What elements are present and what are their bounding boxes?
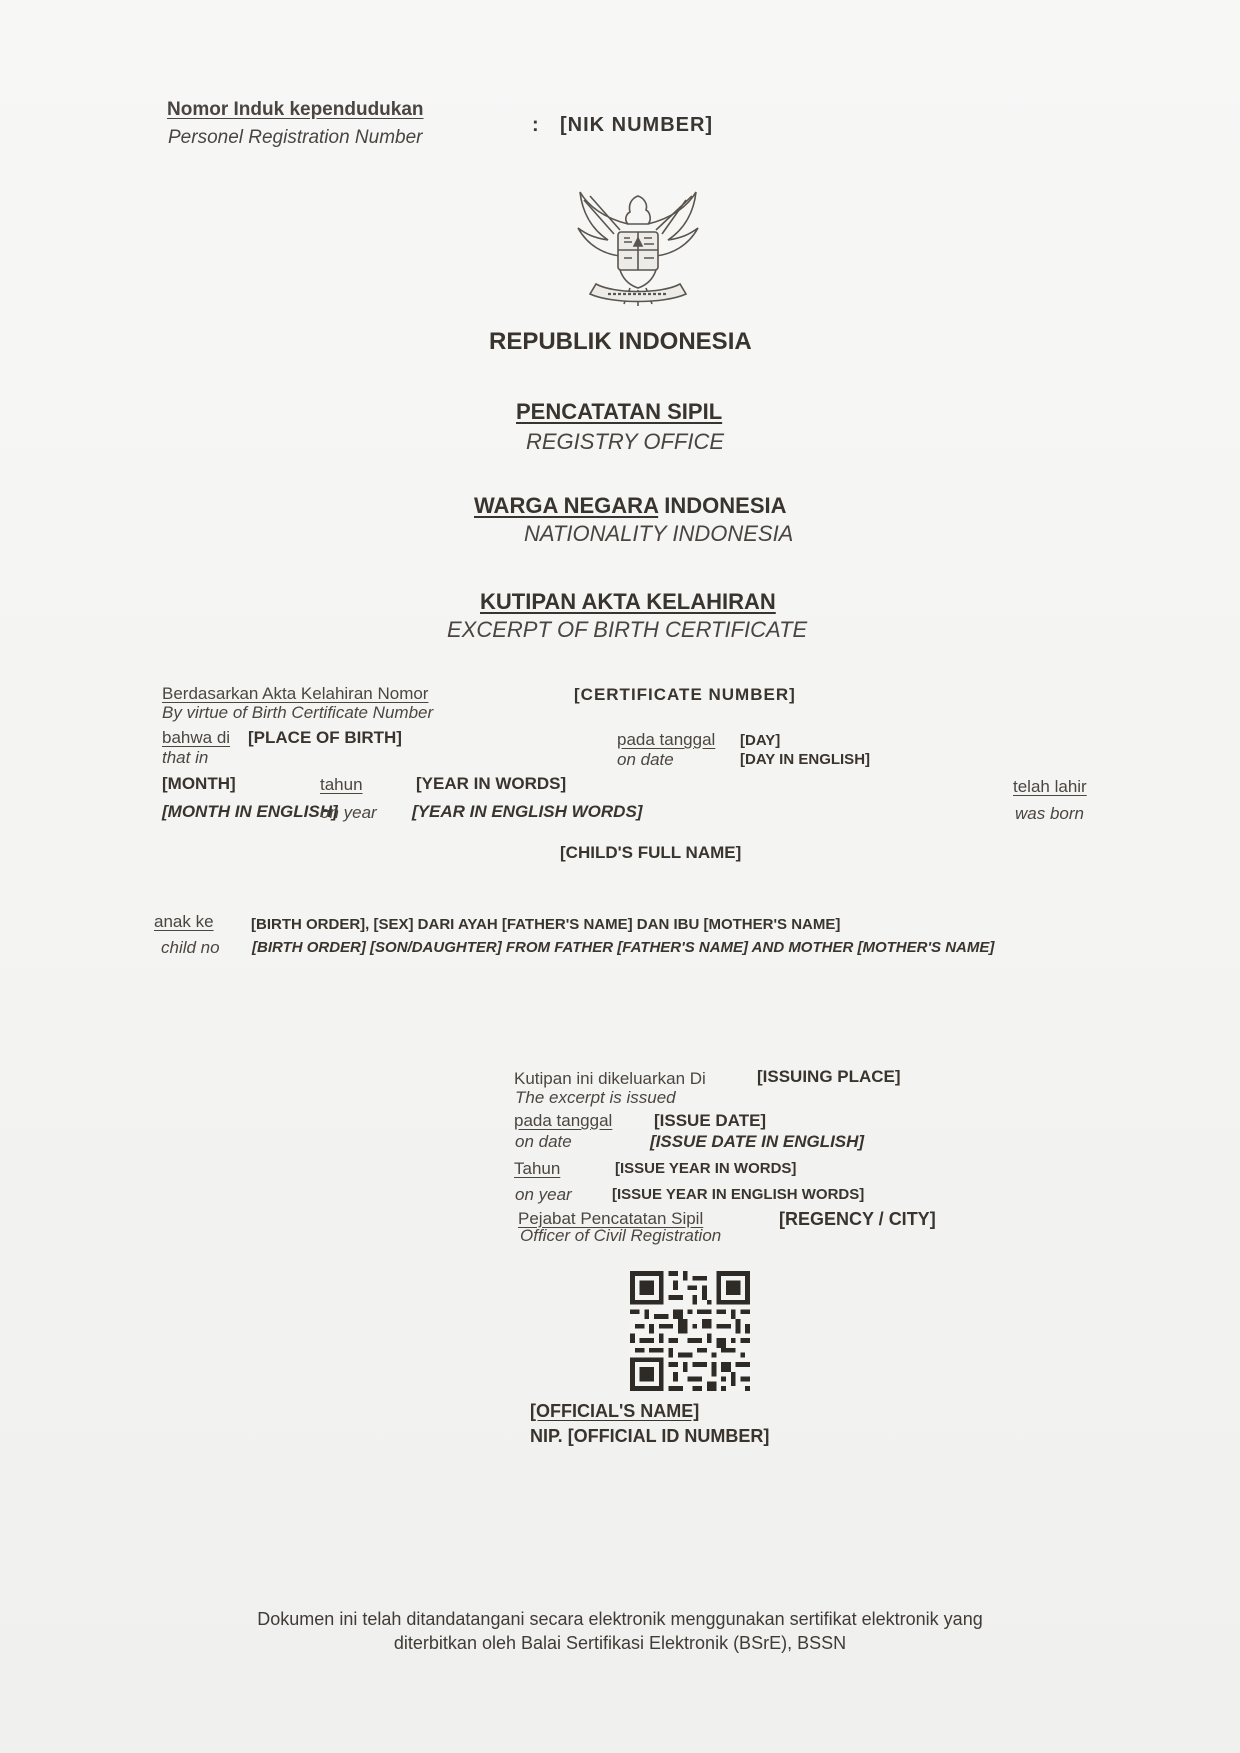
birth-year-label-en: on year bbox=[320, 803, 377, 823]
birth-month-id: [MONTH] bbox=[162, 774, 236, 794]
born-label-en: was born bbox=[1015, 804, 1084, 824]
country-title: REPUBLIK INDONESIA bbox=[489, 328, 752, 356]
birth-year-id: [YEAR IN WORDS] bbox=[416, 774, 566, 794]
garuda-crest-icon bbox=[574, 188, 702, 310]
issue-year-label-en: on year bbox=[515, 1185, 572, 1205]
birth-certificate-page: Nomor Induk kependudukan Personel Regist… bbox=[0, 0, 1240, 1753]
footer-line-2: diterbitkan oleh Balai Sertifikasi Elekt… bbox=[0, 1633, 1240, 1654]
registration-number: [NIK NUMBER] bbox=[560, 114, 713, 137]
nationality-title-en: NATIONALITY INDONESIA bbox=[524, 521, 793, 547]
birth-day-en: [DAY IN ENGLISH] bbox=[740, 751, 870, 768]
birth-place-label-en: that in bbox=[162, 748, 208, 768]
cert-number-label-id: Berdasarkan Akta Kelahiran Nomor bbox=[162, 684, 428, 704]
registration-separator: : bbox=[532, 114, 539, 137]
birth-year-en: [YEAR IN ENGLISH WORDS] bbox=[412, 802, 642, 822]
officer-region: [REGENCY / CITY] bbox=[779, 1209, 936, 1230]
document-title-en: EXCERPT OF BIRTH CERTIFICATE bbox=[447, 617, 807, 643]
issue-year-en: [ISSUE YEAR IN ENGLISH WORDS] bbox=[612, 1186, 864, 1203]
birth-day-id: [DAY] bbox=[740, 732, 780, 749]
document-title-id: KUTIPAN AKTA KELAHIRAN bbox=[480, 589, 776, 615]
nationality-value: INDONESIA bbox=[664, 493, 786, 518]
office-title-id: PENCATATAN SIPIL bbox=[516, 399, 722, 425]
issue-date-id: [ISSUE DATE] bbox=[654, 1111, 766, 1131]
issue-year-label-id: Tahun bbox=[514, 1159, 560, 1179]
birth-year-label-id: tahun bbox=[320, 775, 363, 795]
nationality-title-id: WARGA NEGARA INDONESIA bbox=[474, 493, 787, 519]
birth-place-label-id: bahwa di bbox=[162, 728, 230, 748]
child-details-id: [BIRTH ORDER], [SEX] DARI AYAH [FATHER'S… bbox=[251, 916, 840, 933]
issue-date-en: [ISSUE DATE IN ENGLISH] bbox=[650, 1132, 864, 1152]
child-order-label-id: anak ke bbox=[154, 912, 214, 932]
born-label-id: telah lahir bbox=[1013, 777, 1087, 797]
issue-date-label-en: on date bbox=[515, 1132, 572, 1152]
registration-label-id: Nomor Induk kependudukan bbox=[167, 99, 424, 121]
child-name: [CHILD'S FULL NAME] bbox=[560, 843, 741, 863]
child-details-en: [BIRTH ORDER] [SON/DAUGHTER] FROM FATHER… bbox=[252, 939, 994, 956]
cert-number-value: [CERTIFICATE NUMBER] bbox=[574, 685, 796, 705]
registration-label-en: Personel Registration Number bbox=[168, 127, 423, 149]
issue-date-label-id: pada tanggal bbox=[514, 1111, 612, 1131]
birth-month-en: [MONTH IN ENGLISH] bbox=[162, 802, 338, 822]
nationality-label: WARGA NEGARA bbox=[474, 493, 658, 518]
issued-place: [ISSUING PLACE] bbox=[757, 1067, 901, 1087]
officer-label-en: Officer of Civil Registration bbox=[520, 1226, 721, 1246]
birth-date-label-id: pada tanggal bbox=[617, 730, 715, 750]
office-title-en: REGISTRY OFFICE bbox=[526, 429, 724, 455]
official-name: [OFFICIAL'S NAME] bbox=[530, 1401, 699, 1422]
issued-label-en: The excerpt is issued bbox=[515, 1088, 676, 1108]
qr-code-icon[interactable] bbox=[630, 1270, 750, 1392]
birth-date-label-en: on date bbox=[617, 750, 674, 770]
issue-year-id: [ISSUE YEAR IN WORDS] bbox=[615, 1160, 796, 1177]
official-nip: NIP. [OFFICIAL ID NUMBER] bbox=[530, 1426, 769, 1447]
birth-place-value: [PLACE OF BIRTH] bbox=[248, 728, 402, 748]
cert-number-label-en: By virtue of Birth Certificate Number bbox=[162, 703, 433, 723]
child-order-label-en: child no bbox=[161, 938, 220, 958]
footer-line-1: Dokumen ini telah ditandatangani secara … bbox=[0, 1609, 1240, 1630]
issued-label-id: Kutipan ini dikeluarkan Di bbox=[514, 1069, 706, 1089]
